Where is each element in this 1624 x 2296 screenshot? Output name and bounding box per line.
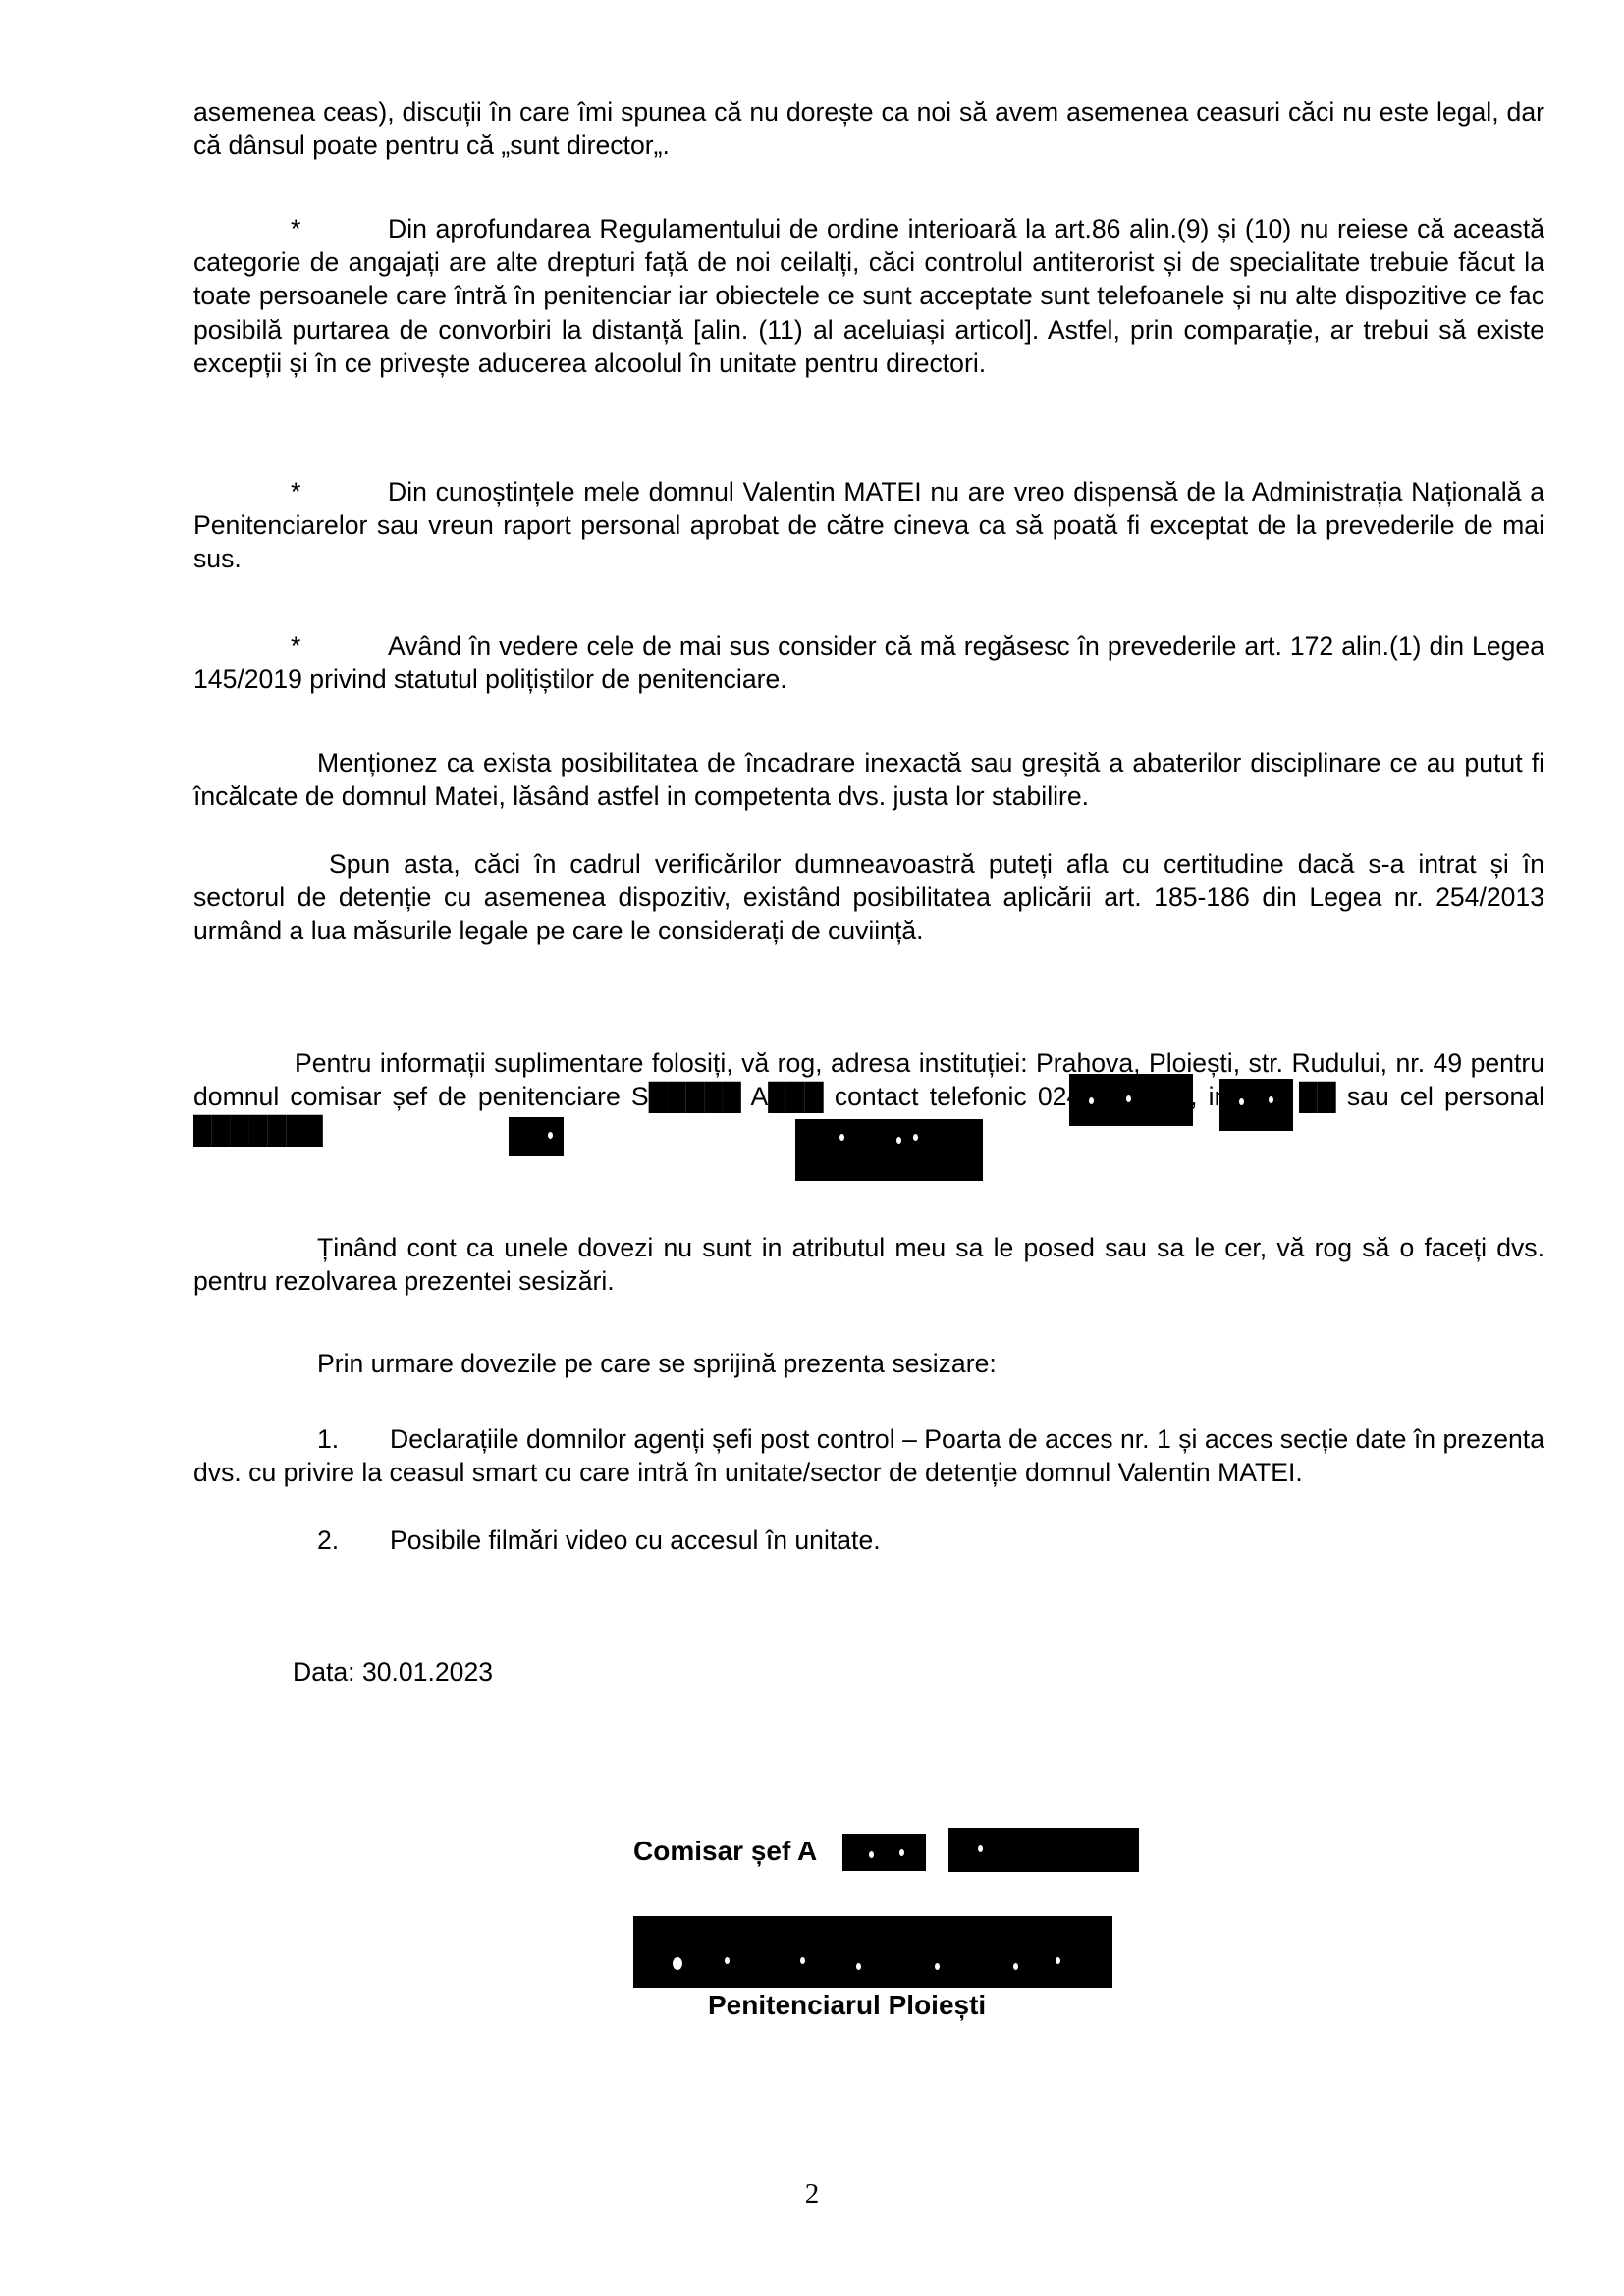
evidence-list-item-2: 2. Posibile filmări video cu accesul în … — [193, 1523, 1544, 1557]
paragraph-text: Menționez ca exista posibilitatea de înc… — [193, 746, 1544, 813]
redaction-box-interior-number — [509, 1117, 564, 1156]
paragraph-text: Din aprofundarea Regulamentului de ordin… — [193, 212, 1544, 380]
bullet-paragraph-regulation: * Din aprofundarea Regulamentului de ord… — [193, 212, 1544, 380]
paragraph-evidence-intro: Prin urmare dovezile pe care se sprijină… — [193, 1347, 1544, 1380]
paragraph-verification: Spun asta, căci în cadrul verificărilor … — [193, 847, 1544, 948]
redaction-box-signature-name — [633, 1916, 1112, 1988]
list-item-text: Declarațiile domnilor agenți șefi post c… — [193, 1422, 1544, 1489]
bullet-paragraph-legal-basis: * Având în vedere cele de mai sus consid… — [193, 629, 1544, 696]
redaction-box-firstname — [1219, 1079, 1293, 1131]
signature-rank-name: Comisar șef A — [633, 1836, 817, 1866]
list-number: 2. — [317, 1523, 339, 1557]
bullet-asterisk: * — [291, 212, 300, 245]
paragraph-text: Prin urmare dovezile pe care se sprijină… — [193, 1347, 1544, 1380]
list-number: 1. — [317, 1422, 339, 1456]
document-page: asemenea ceas), discuții în care îmi spu… — [0, 0, 1624, 2296]
bullet-asterisk: * — [291, 629, 300, 663]
redaction-box-signature-surname — [948, 1828, 1139, 1872]
paragraph-mention: Menționez ca exista posibilitatea de înc… — [193, 746, 1544, 813]
page-number: 2 — [0, 2178, 1624, 2211]
signature-institution: Penitenciarul Ploiești — [708, 1990, 986, 2021]
paragraph-text: Spun asta, căci în cadrul verificărilor … — [193, 847, 1544, 948]
paragraph-text: Ținând cont ca unele dovezi nu sunt in a… — [193, 1231, 1544, 1298]
paragraph-text: Având în vedere cele de mai sus consider… — [193, 629, 1544, 696]
paragraph-text: Din cunoștințele mele domnul Valentin MA… — [193, 475, 1544, 576]
paragraph-evidence-request: Ținând cont ca unele dovezi nu sunt in a… — [193, 1231, 1544, 1298]
bullet-asterisk: * — [291, 475, 300, 508]
paragraph-continuation: asemenea ceas), discuții în care îmi spu… — [193, 95, 1544, 162]
evidence-list-item-1: 1. Declarațiile domnilor agenți șefi pos… — [193, 1422, 1544, 1489]
bullet-paragraph-dispensation: * Din cunoștințele mele domnul Valentin … — [193, 475, 1544, 576]
redaction-box-signature-firstname — [842, 1834, 926, 1871]
paragraph-text: asemenea ceas), discuții în care îmi spu… — [193, 95, 1544, 162]
redaction-box-personal-phone — [795, 1119, 983, 1181]
list-item-text: Posibile filmări video cu accesul în uni… — [193, 1523, 1544, 1557]
redaction-box-surname — [1069, 1074, 1193, 1126]
date-line: Data: 30.01.2023 — [293, 1655, 882, 1688]
